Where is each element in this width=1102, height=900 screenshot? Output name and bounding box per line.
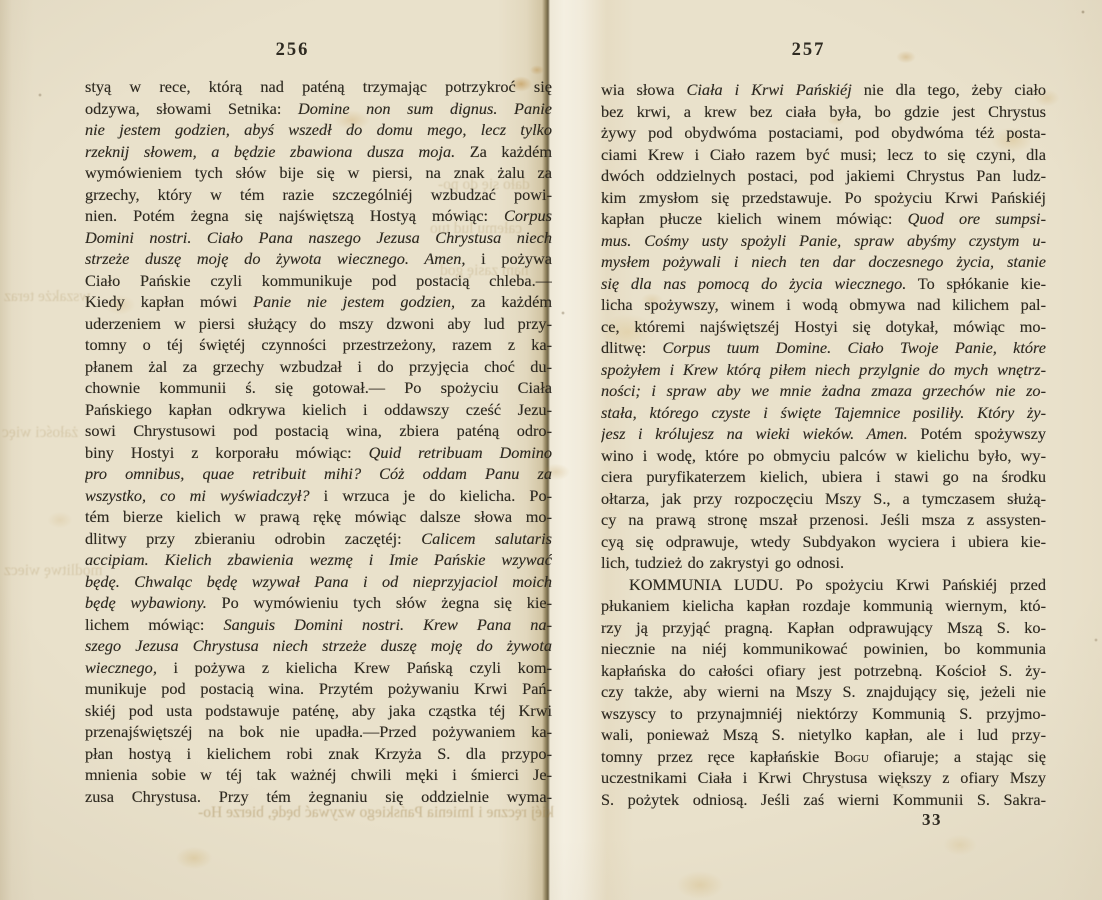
text-line: chownie kommunii ś. się gotował.— Po spo… — [85, 377, 552, 399]
text-line: spożyłem i Krew którą piłem niech przylg… — [601, 359, 1046, 381]
body-text: lichem mówiąc: — [85, 615, 223, 634]
text-line: ołtarza, jak przy rozpoczęciu Mszy S., a… — [601, 488, 1046, 510]
text-line: tomny przez ręce kapłańskie Bogu ofiaruj… — [601, 746, 1046, 768]
body-text: Pańskiego kapłan odkrywa kielich i oddaw… — [85, 400, 552, 419]
text-line: żywy pod obydwóma postaciami, pod obydwó… — [601, 122, 1046, 144]
body-text: chownie kommunii ś. się gotował.— Po spo… — [85, 378, 552, 397]
page-number-right: 257 — [586, 40, 1031, 61]
italic-text: Quod ore sumpsi- — [908, 209, 1046, 228]
text-line: nien. Potém żegna się najświętszą Hostyą… — [85, 205, 552, 227]
body-text: płan hostyą i kielichem robi znak Krzyża… — [85, 744, 552, 763]
text-line: dwóch oddzielnych postaci, pod jakiemi C… — [601, 165, 1046, 187]
italic-text: rzeknij słowem, a będzie zbawiona dusza … — [85, 142, 455, 161]
text-line: biny Hostyi z korporału mówiąc: Quid ret… — [85, 442, 552, 464]
body-text: i wrzuca je do kielicha. Po- — [310, 486, 552, 505]
italic-text: Quid retribuam Domino — [369, 443, 552, 462]
text-line: wymówieniem tych słów bije się w piersi,… — [85, 162, 552, 184]
italic-text: Sanguis Domini nostri. Krew Pana na- — [223, 615, 552, 634]
text-line: accipiam. Kielich zbawienia wezmę i Imie… — [85, 549, 552, 571]
text-line: grzechy, który w tém razie szczególniéj … — [85, 184, 552, 206]
text-line: dlitwy przy zbieraniu odrobin zaczętéj: … — [85, 528, 552, 550]
body-text: i pożywa — [465, 249, 552, 268]
body-text: Kiedy kapłan mówi — [85, 292, 253, 311]
text-line: pro omnibus, quae retribuit mihi? Cóż od… — [85, 463, 552, 485]
text-line: niecznie na niéj kommunikować powinien, … — [601, 638, 1046, 660]
body-text: kim zmysłom się przedstawuje. Po spożyci… — [601, 188, 1046, 207]
italic-text: będę wybawiony. — [85, 593, 207, 612]
body-text: za każdém — [455, 292, 552, 311]
body-text: To spłókanie kie- — [906, 274, 1046, 293]
text-line: wszyscy to przynajmniéj niektórzy Kommun… — [601, 703, 1046, 725]
text-line: wino i wodę, które po obmyciu palców w k… — [601, 445, 1046, 467]
body-text: czy także, aby wierni na Mszy S. znajduj… — [601, 682, 1046, 701]
text-line: jesz i królujesz na wieki wieków. Amen. … — [601, 423, 1046, 445]
body-text: wymówieniem tych słów bije się w piersi,… — [85, 163, 552, 182]
body-text: Ciało Pańskie czyli kommunikuje pod post… — [85, 271, 552, 290]
body-text: płukaniem kielicha kapłan rozdaje kommun… — [601, 596, 1046, 615]
body-text: wino i wodę, które po obmyciu palców w k… — [601, 446, 1046, 465]
body-text: dwóch oddzielnych postaci, pod jakiemi C… — [601, 166, 1046, 185]
body-text: kapłan płucze kielich winem mówiąc: — [601, 209, 908, 228]
text-line: będę wybawiony. Po wymówieniu tych słów … — [85, 592, 552, 614]
text-line: ciera puryfikaterzem kielich, ubiera i s… — [601, 466, 1046, 488]
body-text: zusa Chrystusa. Przy tém żegnaniu się od… — [85, 787, 552, 806]
text-line: kim zmysłom się przedstawuje. Po spożyci… — [601, 187, 1046, 209]
text-line: bez krwi, a krew bez ciała była, bo gdzi… — [601, 101, 1046, 123]
body-text: grzechy, który w tém razie szczególniéj … — [85, 185, 552, 204]
text-line: szego Jezusa Chrystusa niech strzeże dus… — [85, 635, 552, 657]
text-line: odzywa, słowami Setnika: Domine non sum … — [85, 98, 552, 120]
italic-text: wszystko, co mi wyświadczył? — [85, 486, 310, 505]
body-text: nie dla tego, żeby ciało — [852, 80, 1046, 99]
body-text: płanem żal za grzechy wzbudzał i do przy… — [85, 357, 552, 376]
body-text: bez krwi, a krew bez ciała była, bo gdzi… — [601, 102, 1046, 121]
italic-text: spożyłem i Krew którą piłem niech przylg… — [601, 360, 1046, 379]
italic-text: nie jestem godzien, abyś wszedł do domu … — [85, 120, 552, 139]
body-text: i pożywa z kielicha Krew Pańską czyli ko… — [157, 658, 552, 677]
italic-text: Panie nie jestem godzien, — [253, 292, 455, 311]
text-line: mus. Cośmy usty spożyli Panie, spraw aby… — [601, 230, 1046, 252]
body-text: uderzeniem w piersi służący do mszy dzwo… — [85, 314, 552, 333]
text-line: skiéj pod usta podstawuje paténę, aby ja… — [85, 700, 552, 722]
body-text: kapłańska do całości ofiary jest potrzeb… — [601, 661, 1046, 680]
italic-text: ności; i spraw aby we mnie żadna zmaza g… — [601, 381, 1046, 400]
text-line: cy na prawą stronę mszał przenosi. Jeśli… — [601, 509, 1046, 531]
text-line: kapłańska do całości ofiary jest potrzeb… — [601, 660, 1046, 682]
body-text: styą w rece, którą nad paténą trzymając … — [85, 77, 552, 96]
text-line: będę. Chwaląc będę wzywał Pana i od niep… — [85, 571, 552, 593]
body-text: rzy ją przyjąć pragną. Kapłan odprawując… — [601, 618, 1046, 637]
text-line: ce, któremi najświętszéj Hostyi się doty… — [601, 316, 1046, 338]
italic-text: stała, którego czyste i święte Tajemnice… — [601, 403, 1046, 422]
body-text: wszyscy to przynajmniéj niektórzy Kommun… — [601, 704, 1046, 723]
text-line: się dla nas pomocą do życia wiecznego. T… — [601, 273, 1046, 295]
italic-text: Corpus tuum Domine. Ciało Twoje Panie, k… — [663, 338, 1047, 357]
text-line: wiecznego, i pożywa z kielicha Krew Pańs… — [85, 657, 552, 679]
text-line: płanem żal za grzechy wzbudzał i do przy… — [85, 356, 552, 378]
text-line: przenajświętszéj na bok nie upadła.—Prze… — [85, 721, 552, 743]
body-text: skiéj pod usta podstawuje paténę, aby ja… — [85, 701, 552, 720]
text-line: płan hostyą i kielichem robi znak Krzyża… — [85, 743, 552, 765]
body-text: tomny przez ręce kapłańskie — [601, 747, 834, 766]
italic-text: mysłem pożywali i niech ten dar doczesne… — [601, 252, 1046, 271]
text-line: tomny o téj świętéj czynności przestrzeż… — [85, 334, 552, 356]
body-text: nien. Potém żegna się najświętszą Hostyą… — [85, 206, 504, 225]
body-text: munikuje pod postacią wina. Przytém poży… — [85, 679, 552, 698]
text-line: mnienia sobie w téj tak ważnéj chwili mę… — [85, 764, 552, 786]
body-text: biny Hostyi z korporału mówiąc: — [85, 443, 369, 462]
italic-text: mus. Cośmy usty spożyli Panie, spraw aby… — [601, 231, 1046, 250]
text-line: ności; i spraw aby we mnie żadna zmaza g… — [601, 380, 1046, 402]
body-text: lich, tudzież do zakrystyi go odnosi. — [601, 553, 844, 572]
text-line: uczestnikami Ciała i Krwi Chrystusa więk… — [601, 767, 1046, 789]
text-line: rzy ją przyjąć pragną. Kapłan odprawując… — [601, 617, 1046, 639]
body-text: odzywa, słowami Setnika: — [85, 99, 298, 118]
italic-text: się dla nas pomocą do życia wiecznego. — [601, 274, 906, 293]
text-line: dlitwę: Corpus tuum Domine. Ciało Twoje … — [601, 337, 1046, 359]
body-text: tém bierze kielich w prawą rękę mówiąc d… — [85, 507, 552, 526]
body-text: ce, któremi najświętszéj Hostyi się doty… — [601, 317, 1046, 336]
body-text: ciami Krew i Ciało razem być musi; lecz … — [601, 145, 1046, 164]
body-text: żywy pod obydwóma postaciami, pod obydwó… — [601, 123, 1046, 142]
page-number-left: 256 — [59, 40, 526, 61]
text-line: nie jestem godzien, abyś wszedł do domu … — [85, 119, 552, 141]
text-line: cyą się odprawuje, wtedy Subdyakon wycie… — [601, 531, 1046, 553]
text-line: mysłem pożywali i niech ten dar doczesne… — [601, 251, 1046, 273]
text-line: Pańskiego kapłan odkrywa kielich i oddaw… — [85, 399, 552, 421]
body-text: wali, ponieważ Mszą S. nietylko kapłan, … — [601, 725, 1046, 744]
body-text: ciera puryfikaterzem kielich, ubiera i s… — [601, 467, 1046, 486]
body-text: niecznie na niéj kommunikować powinien, … — [601, 639, 1046, 658]
italic-text: będę. Chwaląc będę wzywał Pana i od niep… — [85, 572, 552, 591]
italic-text: Domini nostri. Ciało Pana naszego Jezusa… — [85, 228, 552, 247]
italic-text: strzeże duszę moję do żywota wiecznego. … — [85, 249, 465, 268]
italic-text: szego Jezusa Chrystusa niech strzeże dus… — [85, 636, 552, 655]
body-text: cyą się odprawuje, wtedy Subdyakon wycie… — [601, 532, 1046, 551]
text-line: tém bierze kielich w prawą rękę mówiąc d… — [85, 506, 552, 528]
left-page-text: styą w rece, którą nad paténą trzymając … — [85, 76, 552, 807]
text-line: Ciało Pańskie czyli kommunikuje pod post… — [85, 270, 552, 292]
body-text: uczestnikami Ciała i Krwi Chrystusa więk… — [601, 768, 1046, 787]
body-text: Bogu — [834, 747, 869, 766]
body-text: Za każdém — [455, 142, 552, 161]
signature-mark: 33 — [922, 810, 942, 830]
body-text: KOMMUNIA LUDU. Po spożyciu Krwi Pańskiéj… — [629, 575, 1046, 594]
text-line: wia słowa Ciała i Krwi Pańskiéj nie dla … — [601, 79, 1046, 101]
text-line: wali, ponieważ Mszą S. nietylko kapłan, … — [601, 724, 1046, 746]
text-line: Domini nostri. Ciało Pana naszego Jezusa… — [85, 227, 552, 249]
italic-text: Ciała i Krwi Pańskiéj — [686, 80, 851, 99]
body-text: przenajświętszéj na bok nie upadła.—Prze… — [85, 722, 552, 741]
text-line: lichem mówiąc: Sanguis Domini nostri. Kr… — [85, 614, 552, 636]
text-line: stała, którego czyste i święte Tajemnice… — [601, 402, 1046, 424]
italic-text: wiecznego, — [85, 658, 157, 677]
text-line: zusa Chrystusa. Przy tém żegnaniu się od… — [85, 786, 552, 808]
body-text: dlitwy przy zbieraniu odrobin zaczętéj: — [85, 529, 421, 548]
body-text: Potém spożywszy — [908, 424, 1046, 443]
body-text: licha spożywszy, winem i wodą obmywa nad… — [601, 295, 1046, 314]
body-text: mnienia sobie w téj tak ważnéj chwili mę… — [85, 765, 552, 784]
body-text: cy na prawą stronę mszał przenosi. Jeśli… — [601, 510, 1046, 529]
right-page-text: wia słowa Ciała i Krwi Pańskiéj nie dla … — [601, 79, 1046, 810]
italic-text: Domine non sum dignus. Panie — [298, 99, 552, 118]
body-text: ofiaruje; a stając się — [869, 747, 1046, 766]
text-line: czy także, aby wierni na Mszy S. znajduj… — [601, 681, 1046, 703]
text-line: S. pożytek odniosą. Jeśli zaś wierni Kom… — [601, 789, 1046, 811]
text-line: kapłan płucze kielich winem mówiąc: Quod… — [601, 208, 1046, 230]
body-text: ołtarza, jak przy rozpoczęciu Mszy S., a… — [601, 489, 1046, 508]
body-text: dlitwę: — [601, 338, 663, 357]
body-text: sowi Chrystusowi pod postacią wina, zbie… — [85, 421, 552, 440]
italic-text: Calicem salutaris — [421, 529, 552, 548]
italic-text: jesz i królujesz na wieki wieków. Amen. — [601, 424, 908, 443]
italic-text: accipiam. Kielich zbawienia wezmę i Imie… — [85, 550, 552, 569]
text-line: strzeże duszę moję do żywota wiecznego. … — [85, 248, 552, 270]
text-line: styą w rece, którą nad paténą trzymając … — [85, 76, 552, 98]
text-line: uderzeniem w piersi służący do mszy dzwo… — [85, 313, 552, 335]
body-text: Po wymówieniu tych słów żegna się kie- — [207, 593, 552, 612]
italic-text: pro omnibus, quae retribuit mihi? Cóż od… — [85, 464, 552, 483]
body-text: tomny o téj świętéj czynności przestrzeż… — [85, 335, 552, 354]
text-line: lich, tudzież do zakrystyi go odnosi. — [601, 552, 1046, 574]
text-line: licha spożywszy, winem i wodą obmywa nad… — [601, 294, 1046, 316]
text-line: wszystko, co mi wyświadczył? i wrzuca je… — [85, 485, 552, 507]
right-page: 257 wia słowa Ciała i Krwi Pańskiéj nie … — [601, 0, 1046, 900]
body-text: wia słowa — [601, 80, 686, 99]
text-line: sowi Chrystusowi pod postacią wina, zbie… — [85, 420, 552, 442]
text-line: ciami Krew i Ciało razem być musi; lecz … — [601, 144, 1046, 166]
italic-text: Corpus — [504, 206, 552, 225]
text-line: Kiedy kapłan mówi Panie nie jestem godzi… — [85, 291, 552, 313]
text-line: munikuje pod postacią wina. Przytém poży… — [85, 678, 552, 700]
left-page: 256 styą w rece, którą nad paténą trzyma… — [85, 0, 552, 900]
text-line: KOMMUNIA LUDU. Po spożyciu Krwi Pańskiéj… — [601, 574, 1046, 596]
body-text: S. pożytek odniosą. Jeśli zaś wierni Kom… — [601, 790, 1046, 809]
text-line: rzeknij słowem, a będzie zbawiona dusza … — [85, 141, 552, 163]
text-line: płukaniem kielicha kapłan rozdaje kommun… — [601, 595, 1046, 617]
